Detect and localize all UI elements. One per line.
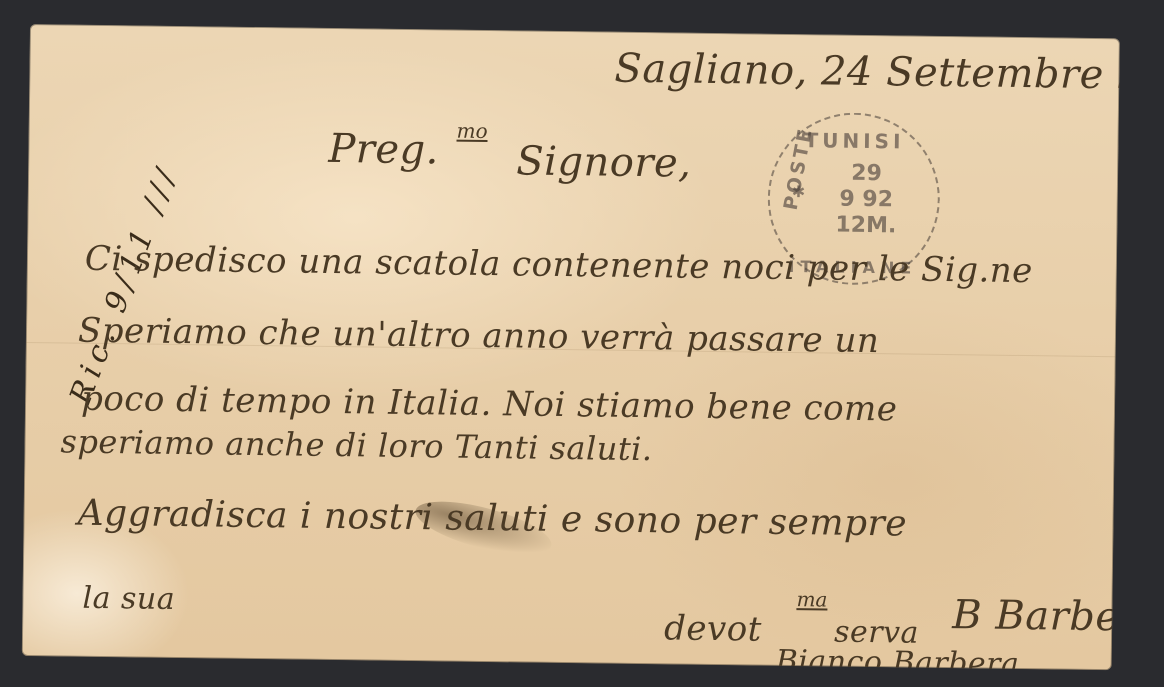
postmark-month-year: 9 92 (836, 187, 897, 214)
place-date-heading: Sagliano, 24 Settembre 92 (614, 46, 1120, 99)
postmark-time: 12M. (835, 213, 896, 240)
body-line-2: Speriamo che un'altro anno verrà passare… (78, 311, 880, 361)
postcard: Sagliano, 24 Settembre 92 Preg. mo Signo… (22, 24, 1120, 670)
body-line-4: speriamo anche di loro Tanti saluti. (60, 422, 653, 468)
postmark-day: 29 (836, 161, 897, 188)
salutation-prefix: Preg. (328, 126, 439, 173)
body-line-3: poco di tempo in Italia. Noi stiamo bene… (81, 379, 898, 430)
closing-superscript: ma (796, 590, 827, 610)
postmark-month: 9 (839, 187, 855, 212)
closing-devot: devot (664, 608, 762, 649)
body-line-6: la sua (82, 581, 175, 617)
body-line-5: Aggradisca i nostri saluti e sono per se… (77, 493, 907, 545)
postmark-date: 29 9 92 12M. (835, 161, 897, 240)
postmark-year: 92 (862, 187, 893, 212)
salutation-superscript: mo (456, 122, 487, 142)
salutation-word: Signore, (516, 138, 692, 186)
signature-full-name: Bianco Barbera (775, 644, 1019, 670)
signature-initial-line: B Barbera (952, 592, 1120, 641)
margin-annotation: Ric. 9/11 /// (63, 160, 185, 409)
scanned-postcard-image: Sagliano, 24 Settembre 92 Preg. mo Signo… (0, 0, 1164, 687)
